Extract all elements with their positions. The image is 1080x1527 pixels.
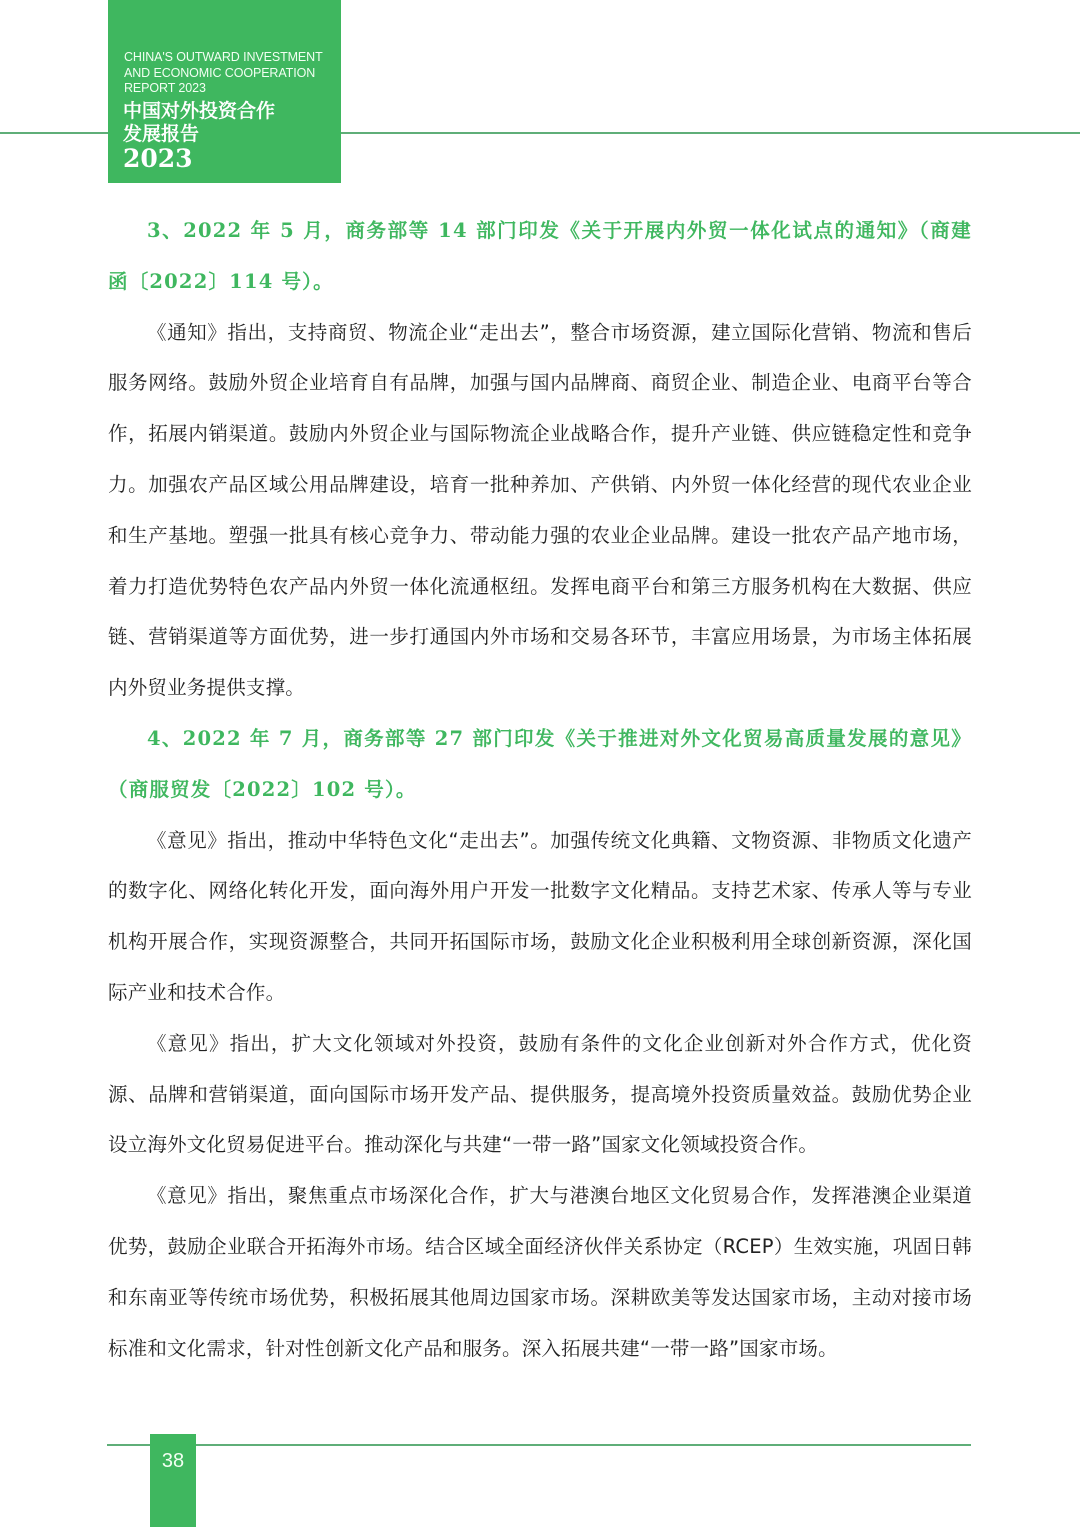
footer-divider <box>107 1444 971 1446</box>
report-header-block: CHINA'S OUTWARD INVESTMENT AND ECONOMIC … <box>108 0 341 183</box>
report-title-chinese-line1: 中国对外投资合作 <box>123 100 275 123</box>
header-divider-left <box>0 132 108 134</box>
section-heading-4: 4、2022 年 7 月，商务部等 27 部门印发《关于推进对外文化贸易高质量发… <box>108 714 972 816</box>
body-paragraph: 《通知》指出，支持商贸、物流企业“走出去”，整合市场资源，建立国际化营销、物流和… <box>108 308 972 714</box>
body-paragraph: 《意见》指出，聚焦重点市场深化合作，扩大与港澳台地区文化贸易合作，发挥港澳企业渠… <box>108 1171 972 1374</box>
page-number-tab: 38 <box>150 1434 196 1527</box>
page-content: 3、2022 年 5 月，商务部等 14 部门印发《关于开展内外贸一体化试点的通… <box>108 206 972 1374</box>
report-year: 2023 <box>123 145 193 173</box>
body-paragraph: 《意见》指出，推动中华特色文化“走出去”。加强传统文化典籍、文物资源、非物质文化… <box>108 816 972 1019</box>
report-title-english: CHINA'S OUTWARD INVESTMENT AND ECONOMIC … <box>124 50 323 97</box>
header-divider-right <box>341 132 1080 134</box>
section-heading-3: 3、2022 年 5 月，商务部等 14 部门印发《关于开展内外贸一体化试点的通… <box>108 206 972 308</box>
report-title-chinese: 中国对外投资合作 发展报告 <box>123 100 275 146</box>
report-title-chinese-line2: 发展报告 <box>123 123 275 146</box>
page-number: 38 <box>150 1450 196 1473</box>
body-paragraph: 《意见》指出，扩大文化领域对外投资，鼓励有条件的文化企业创新对外合作方式，优化资… <box>108 1019 972 1171</box>
